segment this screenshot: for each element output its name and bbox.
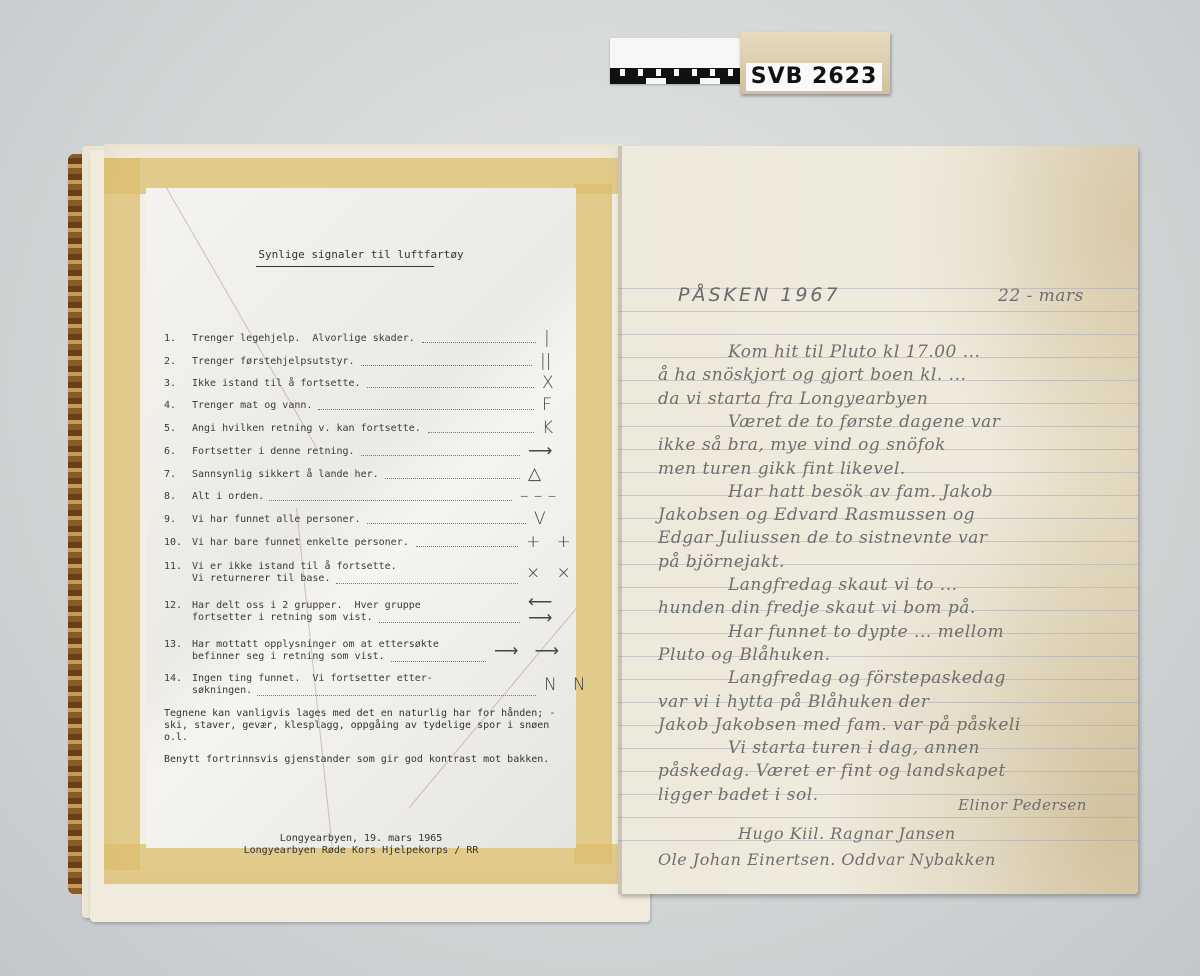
dotted-leader <box>336 583 518 584</box>
diary-line: var vi i hytta på Blåhuken der <box>658 692 929 712</box>
signal-description: Har delt oss i 2 grupper. Hver gruppe fo… <box>192 600 421 624</box>
signal-number: 3. <box>164 378 190 389</box>
contrast-note: Benytt fortrinnsvis gjenstander som gir … <box>164 754 574 766</box>
signal-number: 14. <box>164 673 190 684</box>
diary-line: å ha snöskjort og gjort boen kl. ... <box>658 365 966 385</box>
signature: Ole Johan Einertsen. Oddvar Nybakken <box>658 850 996 869</box>
signal-description: Sannsynlig sikkert å lande her. <box>192 469 379 481</box>
measurement-ruler <box>610 38 740 84</box>
diary-line: hunden din fredje skaut vi bom på. <box>658 598 976 618</box>
signal-description: Trenger førstehjelpsutstyr. <box>192 356 355 368</box>
place-date: Longyearbyen, 19. mars 1965 <box>146 833 576 845</box>
dotted-leader <box>416 546 518 547</box>
diary-line: Jakob Jakobsen med fam. var på påskeli <box>658 715 1021 735</box>
ground-signal-symbol: || <box>540 351 551 371</box>
scale-reference-label: SVB 2623 <box>610 38 890 96</box>
diary-line: da vi starta fra Longyearbyen <box>658 389 928 409</box>
dotted-leader <box>361 455 520 456</box>
title-underline <box>256 266 434 267</box>
diary-line: Pluto og Blåhuken. <box>658 645 831 665</box>
sheet-title: Synlige signaler til luftfartøy <box>146 248 576 261</box>
diary-line: Har funnet to dypte ... mellom <box>728 622 1004 642</box>
ground-signal-symbol: ⟶ <box>528 441 552 461</box>
tape-left <box>104 158 140 870</box>
signal-number: 10. <box>164 537 190 548</box>
signal-description: Vi har funnet alle personer. <box>192 514 361 526</box>
diary-heading: PÅSKEN 1967 <box>678 284 841 306</box>
ground-signal-symbol: F <box>542 395 552 415</box>
signal-description: Ikke istand til å fortsette. <box>192 378 361 390</box>
signal-number: 7. <box>164 469 190 480</box>
signal-number: 1. <box>164 333 190 344</box>
signal-number: 11. <box>164 561 190 572</box>
signal-description: Har mottatt opplysninger om at ettersøkt… <box>192 639 439 663</box>
ground-signal-symbol: N N <box>544 675 586 695</box>
signal-number: 2. <box>164 356 190 367</box>
diary-date: 22 - mars <box>998 286 1084 306</box>
tape-right <box>574 184 612 864</box>
dotted-leader <box>367 387 534 388</box>
signal-number: 8. <box>164 491 190 502</box>
signal-description: Fortsetter i denne retning. <box>192 446 355 458</box>
ground-signal-symbol: X <box>542 373 554 393</box>
ground-signal-symbol: V <box>534 509 546 529</box>
diary-line: påskedag. Været er fint og landskapet <box>658 761 1006 781</box>
signal-description: Trenger mat og vann. <box>192 400 312 412</box>
ground-signal-symbol: × × <box>526 563 571 583</box>
open-logbook: Synlige signaler til luftfartøy 1.Trenge… <box>68 140 1143 920</box>
dotted-leader <box>257 695 536 696</box>
signal-description: Trenger legehjelp. Alvorlige skader. <box>192 333 415 345</box>
diary-line: Har hatt besök av fam. Jakob <box>728 482 993 502</box>
right-page: PÅSKEN 1967 22 - mars Kom hit til Pluto … <box>618 146 1138 894</box>
catalog-id: SVB 2623 <box>746 63 882 91</box>
signal-number: 13. <box>164 639 190 650</box>
signature: Hugo Kiil. Ragnar Jansen <box>738 824 956 843</box>
diary-line: Langfredag og förstepaskedag <box>728 668 1006 688</box>
dotted-leader <box>269 500 512 501</box>
diary-line: Vi starta turen i dag, annen <box>728 738 980 758</box>
dotted-leader <box>428 432 534 433</box>
diary-line: ikke så bra, mye vind og snöfok <box>658 435 946 455</box>
dotted-leader <box>361 365 532 366</box>
ground-signal-symbol: – – – <box>520 486 556 506</box>
dotted-leader <box>422 342 536 343</box>
diary-line: men turen gikk fint likevel. <box>658 459 906 479</box>
ground-signal-symbol: △ <box>528 464 541 484</box>
dotted-leader <box>318 409 534 410</box>
diary-line: Edgar Juliussen de to sistnevnte var <box>658 528 988 548</box>
signal-description: Angi hvilken retning v. kan fortsette. <box>192 423 421 435</box>
dotted-leader <box>391 661 486 662</box>
ground-signal-symbol: | <box>544 328 550 348</box>
signal-description: Ingen ting funnet. Vi fortsetter etter- … <box>192 673 433 697</box>
signal-description: Vi er ikke istand til å fortsette. Vi re… <box>192 561 397 585</box>
dotted-leader <box>367 523 526 524</box>
signal-description: Alt i orden. <box>192 491 264 503</box>
dotted-leader <box>385 478 520 479</box>
page-gutter <box>618 146 622 894</box>
diary-line: Langfredag skaut vi to ... <box>728 575 958 595</box>
signal-number: 9. <box>164 514 190 525</box>
signal-number: 5. <box>164 423 190 434</box>
signature: Elinor Pedersen <box>958 796 1087 814</box>
signal-number: 6. <box>164 446 190 457</box>
signal-number: 4. <box>164 400 190 411</box>
ground-signal-symbol: ⟵ ⟶ <box>528 594 552 626</box>
diary-line: ligger badet i sol. <box>658 785 819 805</box>
organization: Longyearbyen Røde Kors Hjelpekorps / RR <box>146 845 576 857</box>
diary-line: Jakobsen og Edvard Rasmussen og <box>658 505 975 525</box>
dotted-leader <box>379 622 520 623</box>
ground-signal-symbol: K <box>542 418 553 438</box>
diary-line: på björnejakt. <box>658 552 785 572</box>
signal-description: Vi har bare funnet enkelte personer. <box>192 537 409 549</box>
ground-signal-symbol: + + <box>526 532 571 552</box>
diary-line: Været de to første dagene var <box>728 412 1000 432</box>
left-page: Synlige signaler til luftfartøy 1.Trenge… <box>104 144 624 884</box>
diary-line: Kom hit til Pluto kl 17.00 ... <box>728 342 980 362</box>
ground-signal-symbol: ⟶ ⟶ <box>494 641 559 661</box>
instruction-note: Tegnene kan vanligvis lages med det en n… <box>164 708 574 744</box>
signal-sheet: Synlige signaler til luftfartøy 1.Trenge… <box>146 188 576 848</box>
signal-number: 12. <box>164 600 190 611</box>
catalog-block: SVB 2623 <box>740 32 890 94</box>
